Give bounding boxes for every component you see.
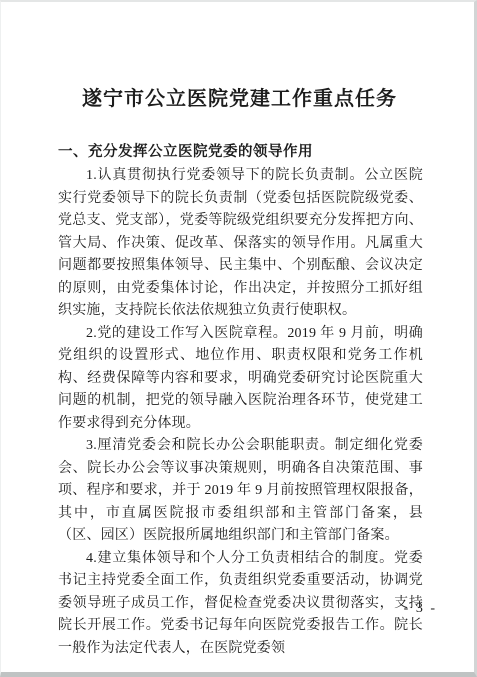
paragraph-2: 2.党的建设工作写入医院章程。2019 年 9 月前，明确党组织的设置形式、地位… bbox=[58, 323, 423, 436]
document-page: 遂宁市公立医院党建工作重点任务 一、充分发挥公立医院党委的领导作用 1.认真贯彻… bbox=[0, 0, 477, 677]
document-title: 遂宁市公立医院党建工作重点任务 bbox=[1, 82, 477, 111]
paragraph-4: 4.建立集体领导和个人分工负责相结合的制度。党委书记主持党委全面工作，负责组织党… bbox=[58, 548, 423, 661]
page-number: - 3 - bbox=[404, 601, 437, 617]
paragraph-1: 1.认真贯彻执行党委领导下的院长负责制。公立医院实行党委领导下的院长负责制（党委… bbox=[58, 165, 423, 323]
document-body: 1.认真贯彻执行党委领导下的院长负责制。公立医院实行党委领导下的院长负责制（党委… bbox=[58, 165, 423, 660]
section-heading: 一、充分发挥公立医院党委的领导作用 bbox=[58, 140, 423, 161]
paragraph-3: 3.厘清党委会和院长办公会职能职责。制定细化党委会、院长办公会等议事决策规则，明… bbox=[58, 435, 423, 548]
